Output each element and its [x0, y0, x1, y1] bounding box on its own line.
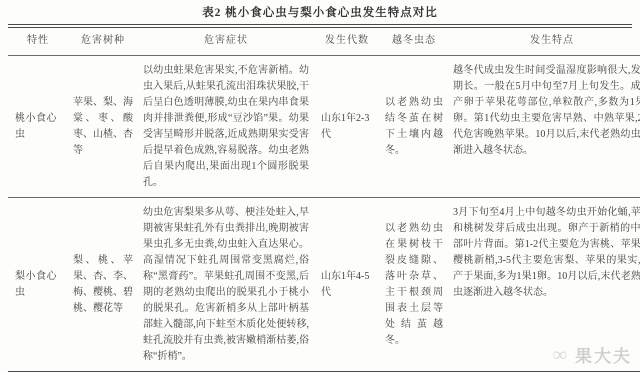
cell-symptoms: 幼虫危害梨果多从萼、梗洼处蛀入,早期被害果蛀孔外有虫粪排出,晚期被害果虫孔多无虫…	[138, 198, 314, 372]
cell-hosts: 梨、桃、苹果、杏、李、梅、樱桃、碧桃、樱花等	[68, 198, 138, 372]
scanned-document-page: 表2 桃小食心虫与梨小食心虫发生特点对比 特性 危害树种 危害症状 发生代数 越…	[0, 0, 640, 373]
header-overwinter: 越冬虫态	[380, 28, 448, 56]
header-hosts: 危害树种	[68, 28, 138, 56]
header-symptoms: 危害症状	[138, 28, 314, 56]
cell-overwinter: 以老熟幼虫在果树枝干裂皮缝隙、落叶杂草、主干根颈周围表土层等处结茧越冬。	[380, 198, 448, 372]
watermark: ∞ 果大夫	[553, 342, 632, 367]
cell-generations: 山东1年2-3代	[314, 56, 380, 198]
cell-symptoms: 以幼虫蛀果危害果实,不危害新梢。幼虫入果后,从蛀果孔流出泪珠状果胶,干后呈白色透…	[138, 56, 314, 198]
table-row-oriental-fruit-moth: 梨小食心虫 梨、桃、苹果、杏、李、梅、樱桃、碧桃、樱花等 幼虫危害梨果多从萼、梗…	[8, 198, 640, 372]
table-title: 表2 桃小食心虫与梨小食心虫发生特点对比	[0, 0, 640, 20]
cell-overwinter: 以老熟幼虫结冬茧在树下土壤内越冬。	[380, 56, 448, 198]
table-row-peach-fruit-moth: 桃小食心虫 苹果、梨、海棠、枣、酸枣、山楂、杏等 以幼虫蛀果危害果实,不危害新梢…	[8, 56, 640, 198]
header-trait: 特性	[8, 28, 68, 56]
cell-generations: 山东1年4-5代	[314, 198, 380, 372]
cell-features: 越冬代成虫发生时间受温湿度影响很大,发生期长。一般在5月中旬至7月上旬发生。成虫…	[448, 56, 640, 198]
watermark-logo-icon: ∞	[553, 344, 569, 367]
header-generations: 发生代数	[314, 28, 380, 56]
cell-trait: 桃小食心虫	[8, 56, 68, 198]
cell-trait: 梨小食心虫	[8, 198, 68, 372]
header-features: 发生特点	[448, 28, 640, 56]
cell-hosts: 苹果、梨、海棠、枣、酸枣、山楂、杏等	[68, 56, 138, 198]
table-header-row: 特性 危害树种 危害症状 发生代数 越冬虫态 发生特点	[8, 28, 640, 56]
comparison-table: 特性 危害树种 危害症状 发生代数 越冬虫态 发生特点 桃小食心虫 苹果、梨、海…	[8, 28, 640, 372]
watermark-text: 果大夫	[575, 342, 632, 367]
